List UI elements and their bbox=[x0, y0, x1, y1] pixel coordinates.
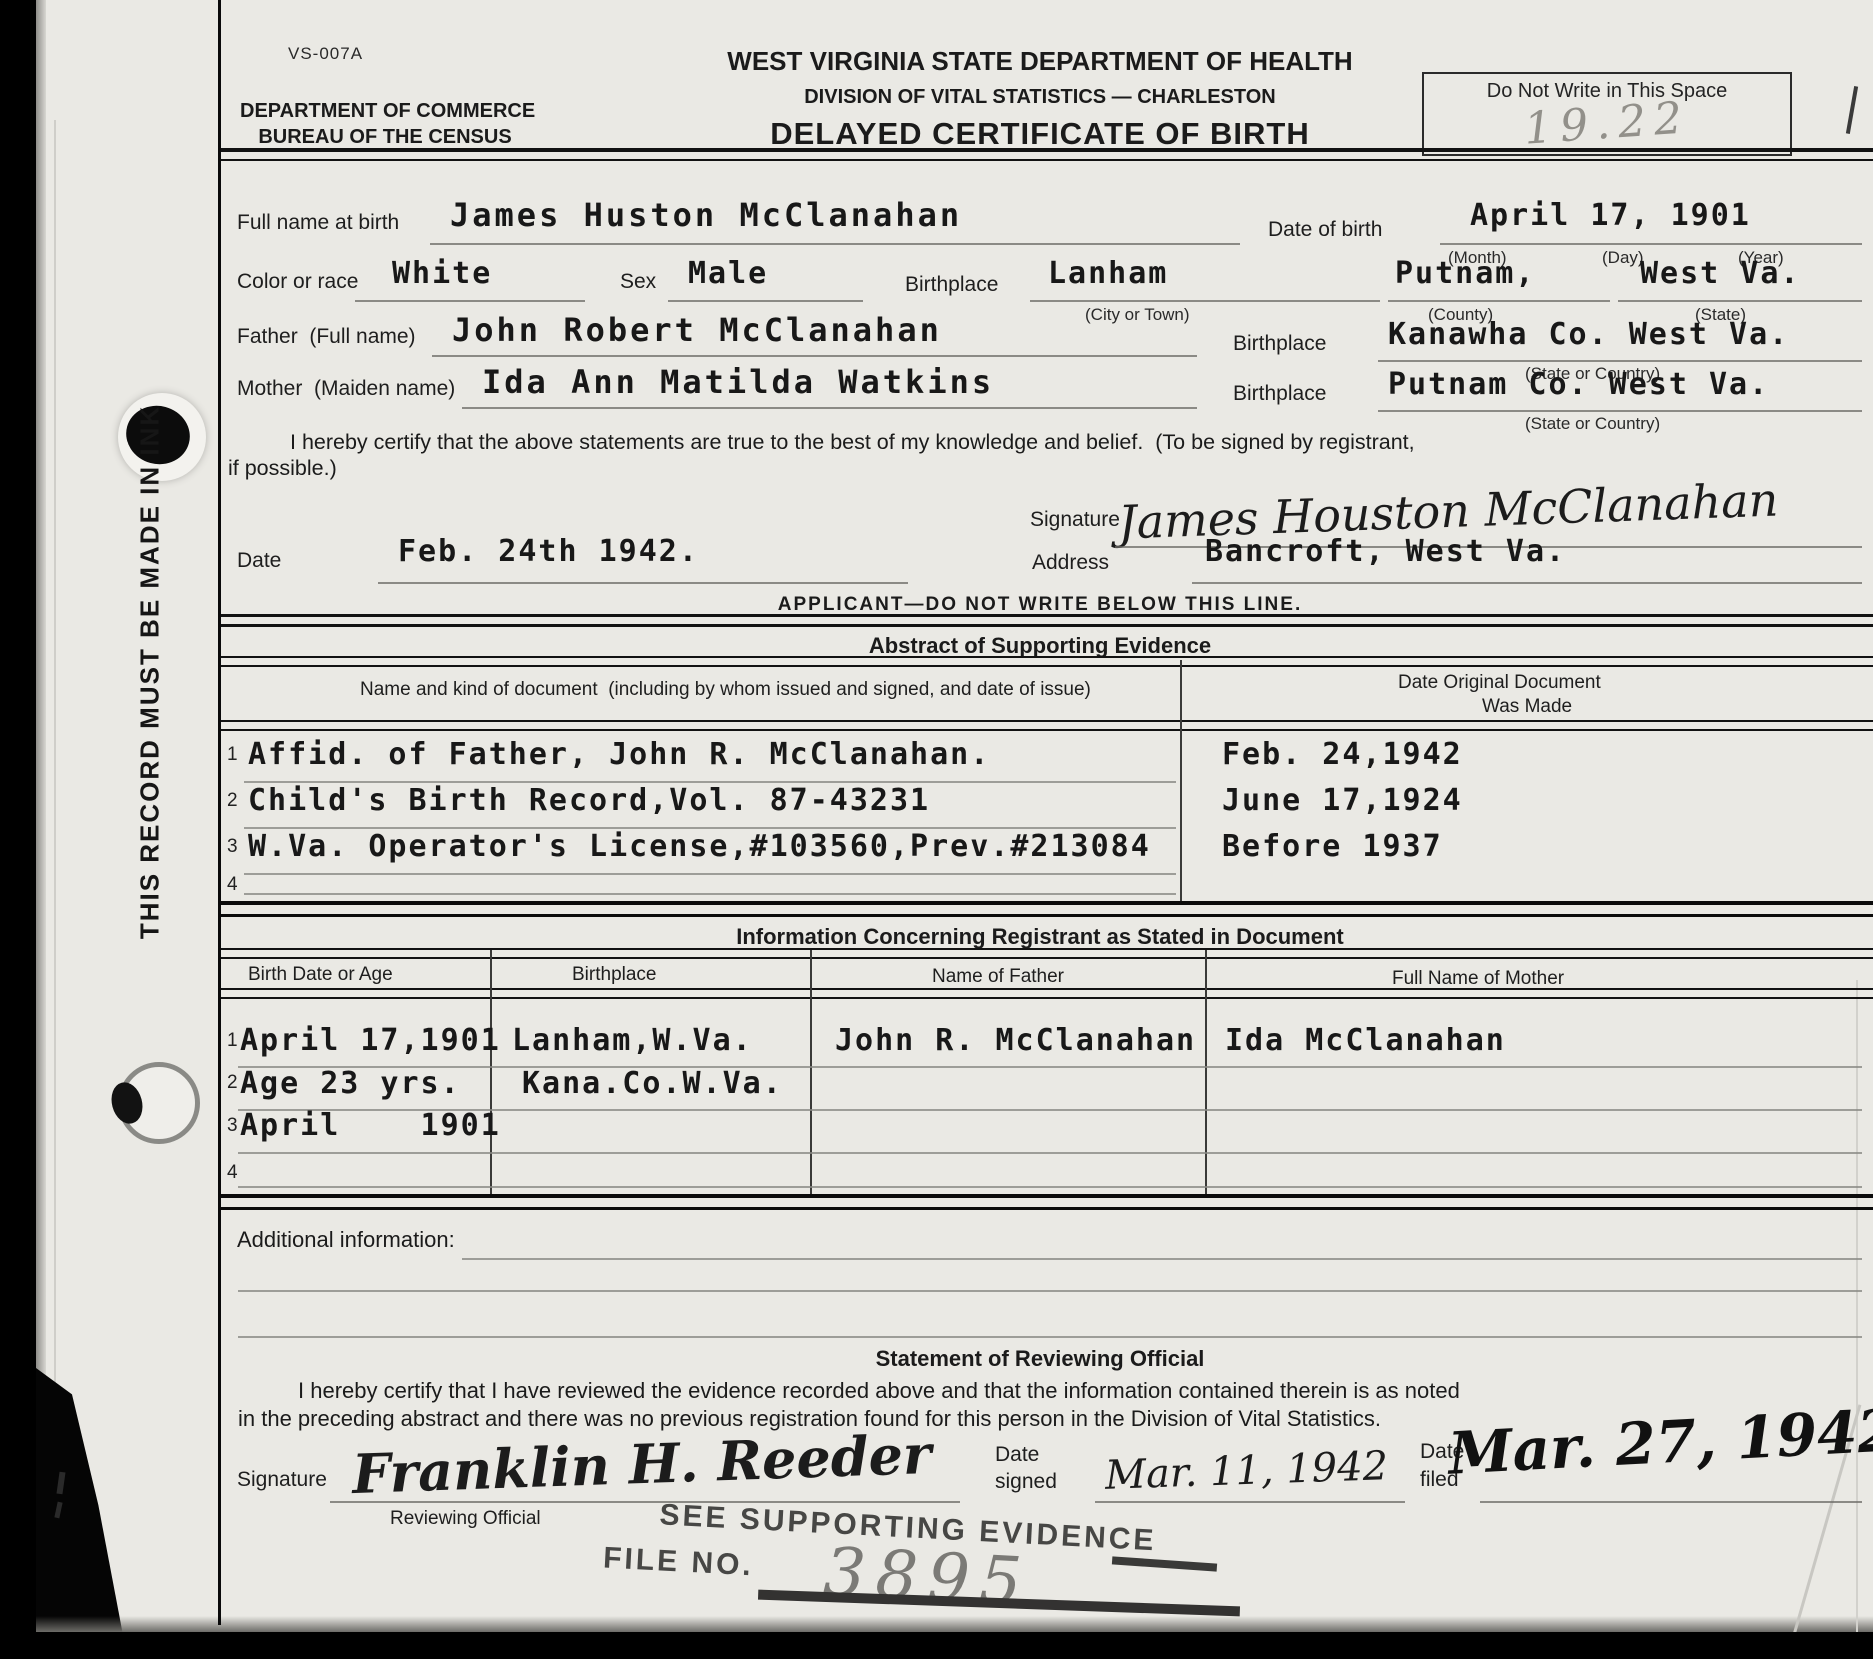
info-column-divider bbox=[1205, 950, 1207, 1196]
applicant-notice: APPLICANT—DO NOT WRITE BELOW THIS LINE. bbox=[620, 594, 1460, 616]
abstract-row-underline bbox=[244, 873, 1176, 875]
info-row-underline bbox=[238, 1066, 1862, 1068]
mother-value: Ida Ann Matilda Watkins bbox=[482, 363, 994, 401]
info-title: Information Concerning Registrant as Sta… bbox=[520, 924, 1560, 950]
abstract-row-document: W.Va. Operator's License,#103560,Prev.#2… bbox=[248, 829, 1151, 864]
address-label: Address bbox=[1032, 551, 1109, 575]
mother-birthplace-label: Birthplace bbox=[1233, 382, 1326, 406]
mother-birthplace-sub: (State or Country) bbox=[1525, 414, 1660, 434]
address-value: Bancroft, West Va. bbox=[1205, 534, 1566, 569]
dob-value: April 17, 1901 bbox=[1470, 198, 1751, 233]
agency-line-1: DEPARTMENT OF COMMERCE bbox=[240, 100, 530, 123]
date-underline bbox=[378, 582, 908, 584]
do-not-write-box: Do Not Write in This Space 19.22 bbox=[1422, 72, 1792, 156]
address-underline bbox=[1192, 582, 1862, 584]
birth-certificate-scan: THIS RECORD MUST BE MADE IN INK VS-007A … bbox=[0, 0, 1873, 1659]
form-title-line-3: DELAYED CERTIFICATE OF BIRTH bbox=[520, 116, 1560, 152]
dob-underline bbox=[1440, 243, 1862, 245]
info-row-number: 4 bbox=[227, 1162, 238, 1184]
father-birthplace-value: Kanawha Co. West Va. bbox=[1388, 317, 1789, 352]
abstract-col1-header: Name and kind of document (including by … bbox=[360, 679, 1091, 701]
info-row-birthdate: April 1901 bbox=[240, 1108, 501, 1143]
form-code: VS-007A bbox=[288, 44, 363, 64]
info-bottom-rule bbox=[221, 1194, 1873, 1210]
abstract-row-number: 3 bbox=[227, 836, 238, 858]
form-title-line-1: WEST VIRGINIA STATE DEPARTMENT OF HEALTH bbox=[520, 46, 1560, 77]
info-row-number: 1 bbox=[227, 1030, 238, 1052]
paper-right-edge bbox=[1856, 980, 1858, 1632]
date-filed-underline bbox=[1480, 1501, 1862, 1503]
abstract-header-rule bbox=[221, 720, 1873, 731]
info-row-father: John R. McClanahan bbox=[835, 1023, 1196, 1058]
date-signed-label-line1: Date bbox=[995, 1443, 1039, 1467]
birthplace-city-underline bbox=[1030, 300, 1380, 302]
scanner-bottom-band bbox=[0, 1632, 1873, 1659]
review-text-line-1: I hereby certify that I have reviewed th… bbox=[298, 1378, 1460, 1404]
date-signed-label-line2: signed bbox=[995, 1470, 1057, 1494]
info-header-mother: Full Name of Mother bbox=[1392, 968, 1564, 990]
birthplace-state-underline bbox=[1618, 300, 1862, 302]
sex-value: Male bbox=[688, 256, 768, 291]
birthplace-city-sub: (City or Town) bbox=[1085, 305, 1190, 325]
abstract-row-date: June 17,1924 bbox=[1222, 783, 1463, 818]
date-label: Date bbox=[237, 549, 281, 573]
official-signature-sub: Reviewing Official bbox=[390, 1508, 541, 1530]
additional-info-line bbox=[238, 1290, 1862, 1292]
additional-info-label: Additional information: bbox=[237, 1227, 455, 1253]
abstract-row-number: 2 bbox=[227, 790, 238, 812]
info-column-divider bbox=[810, 950, 812, 1196]
abstract-bottom-rule bbox=[221, 901, 1873, 917]
dob-label: Date of birth bbox=[1268, 218, 1382, 242]
date-value: Feb. 24th 1942. bbox=[398, 534, 699, 569]
info-row-number: 3 bbox=[227, 1115, 238, 1137]
mother-birthplace-value: Putnam Co. West Va. bbox=[1388, 367, 1769, 402]
additional-info-line bbox=[238, 1336, 1862, 1338]
birthplace-label: Birthplace bbox=[905, 273, 998, 297]
abstract-title-rule bbox=[221, 656, 1873, 667]
mother-birthplace-underline bbox=[1378, 410, 1862, 412]
birthplace-state-value: West Va. bbox=[1640, 256, 1801, 291]
mother-label: Mother (Maiden name) bbox=[237, 377, 455, 401]
full-name-label: Full name at birth bbox=[237, 211, 399, 235]
review-title: Statement of Reviewing Official bbox=[520, 1346, 1560, 1372]
abstract-column-divider bbox=[1180, 660, 1182, 903]
abstract-row-number: 1 bbox=[227, 744, 238, 766]
abstract-row-document: Child's Birth Record,Vol. 87-43231 bbox=[248, 783, 930, 818]
birthplace-city-value: Lanham bbox=[1048, 256, 1168, 291]
race-underline bbox=[355, 300, 585, 302]
full-name-value: James Huston McClanahan bbox=[450, 196, 962, 234]
do-not-write-handwriting: 19.22 bbox=[1522, 92, 1691, 154]
info-header-birthplace: Birthplace bbox=[572, 964, 657, 986]
abstract-row-document: Affid. of Father, John R. McClanahan. bbox=[248, 737, 990, 772]
info-header-birthdate: Birth Date or Age bbox=[248, 964, 393, 986]
applicant-rule bbox=[221, 614, 1873, 627]
sex-underline bbox=[668, 300, 863, 302]
info-header-rule bbox=[221, 988, 1873, 999]
info-row-number: 2 bbox=[227, 1072, 238, 1094]
abstract-row-underline bbox=[244, 893, 1176, 895]
paper-bottom-shadow bbox=[36, 1616, 1873, 1632]
dob-sub-day: (Day) bbox=[1602, 248, 1644, 268]
registrant-signature-label: Signature bbox=[1030, 508, 1120, 532]
info-row-birthplace: Kana.Co.W.Va. bbox=[522, 1066, 783, 1101]
father-underline bbox=[432, 355, 1197, 357]
header-rule bbox=[221, 148, 1873, 161]
additional-info-line bbox=[462, 1258, 1862, 1260]
info-row-underline bbox=[238, 1186, 1862, 1188]
abstract-row-date: Feb. 24,1942 bbox=[1222, 737, 1463, 772]
abstract-col2-header-line1: Date Original Document bbox=[1398, 672, 1601, 694]
info-row-birthdate: April 17,1901 bbox=[240, 1023, 501, 1058]
form-title-line-2: DIVISION OF VITAL STATISTICS — CHARLESTO… bbox=[520, 86, 1560, 109]
birthplace-county-underline bbox=[1388, 300, 1610, 302]
abstract-row-number: 4 bbox=[227, 874, 238, 896]
father-birthplace-underline bbox=[1378, 360, 1862, 362]
info-column-divider bbox=[490, 950, 492, 1196]
official-signature-label: Signature bbox=[237, 1468, 327, 1492]
info-row-birthplace: Lanham,W.Va. bbox=[512, 1023, 753, 1058]
race-value: White bbox=[392, 256, 492, 291]
certify-text-line-2: if possible.) bbox=[228, 456, 337, 481]
agency-line-2: BUREAU OF THE CENSUS bbox=[240, 126, 530, 149]
info-title-rule bbox=[221, 948, 1873, 959]
father-birthplace-label: Birthplace bbox=[1233, 332, 1326, 356]
full-name-underline bbox=[430, 243, 1240, 245]
mother-underline bbox=[462, 407, 1197, 409]
date-signed-underline bbox=[1095, 1501, 1405, 1503]
abstract-row-date: Before 1937 bbox=[1222, 829, 1443, 864]
margin-ink-note: THIS RECORD MUST BE MADE IN INK bbox=[135, 405, 166, 939]
father-label: Father (Full name) bbox=[237, 325, 416, 349]
certify-text-line-1: I hereby certify that the above statemen… bbox=[290, 430, 1415, 455]
form-left-border bbox=[218, 0, 221, 1625]
birthplace-county-value: Putnam, bbox=[1395, 256, 1535, 291]
info-header-father: Name of Father bbox=[932, 966, 1064, 988]
info-row-mother: Ida McClanahan bbox=[1225, 1023, 1506, 1058]
abstract-col2-header-line2: Was Made bbox=[1482, 696, 1572, 718]
info-row-underline bbox=[238, 1152, 1862, 1154]
info-row-birthdate: Age 23 yrs. bbox=[240, 1066, 461, 1101]
father-value: John Robert McClanahan bbox=[452, 311, 942, 349]
race-label: Color or race bbox=[237, 270, 358, 294]
sex-label: Sex bbox=[620, 270, 656, 294]
